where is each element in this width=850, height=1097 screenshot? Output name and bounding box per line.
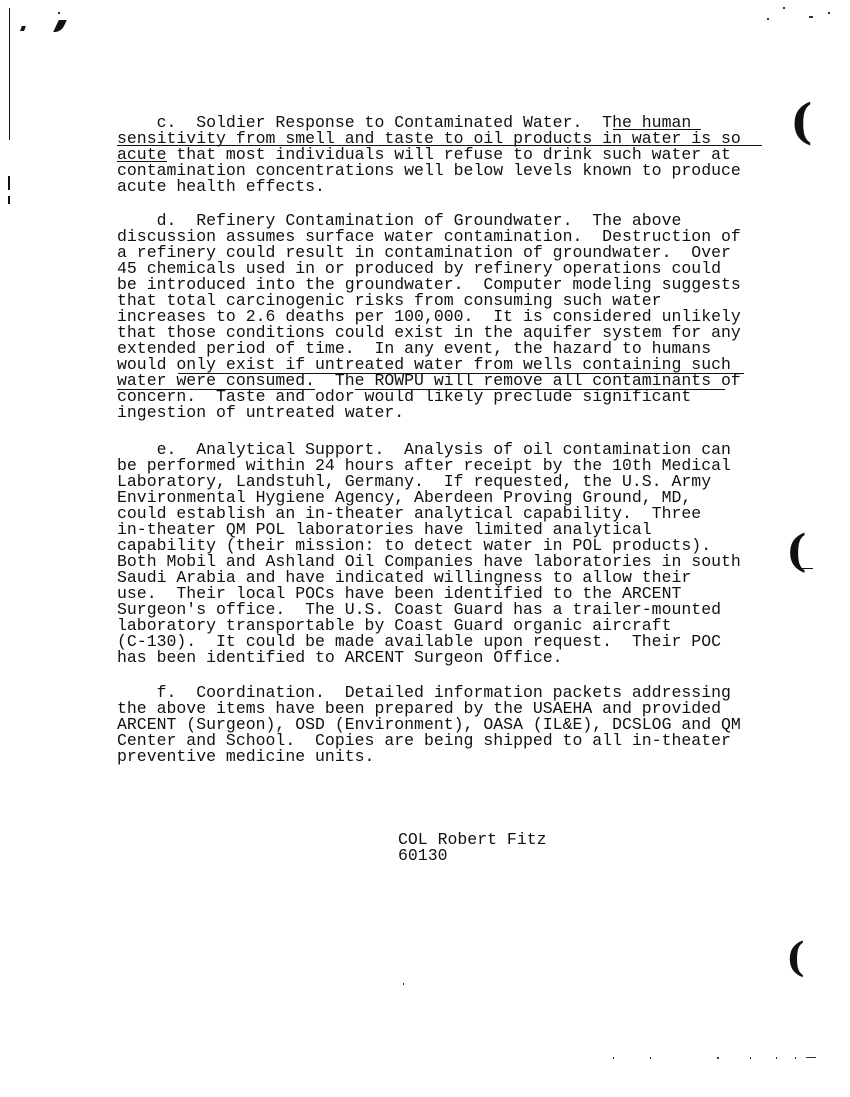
scan-speck [650, 1057, 651, 1059]
text-line: acute health effects. [117, 179, 325, 195]
scan-speck [717, 1057, 719, 1059]
scan-speck [767, 18, 769, 20]
scan-artifact [20, 26, 26, 31]
handwritten-underline [117, 145, 762, 146]
scan-speck [750, 1057, 751, 1059]
signature-phone: 60130 [398, 848, 448, 864]
text-line: preventive medicine units. [117, 749, 374, 765]
handwritten-underline [178, 373, 744, 374]
hole-punch-mark [801, 568, 813, 569]
hole-punch-mark: ( [786, 938, 805, 978]
handwritten-underline [613, 129, 701, 130]
hole-punch-mark: ( [790, 98, 813, 146]
document-page: ( ( ( c. Soldier Response to Contaminate… [0, 0, 850, 1097]
scan-artifact [53, 20, 67, 32]
scan-speck [58, 12, 60, 14]
scan-margin-line [9, 8, 10, 140]
scan-speck [776, 1057, 777, 1059]
scan-speck [783, 7, 785, 9]
scan-speck [795, 1057, 796, 1059]
scan-speck [809, 16, 813, 18]
handwritten-underline [355, 389, 725, 390]
scan-margin-tick [8, 196, 10, 204]
text-line: has been identified to ARCENT Surgeon Of… [117, 650, 563, 666]
scan-speck [613, 1057, 614, 1059]
handwritten-underline [117, 161, 167, 162]
scan-speck [806, 1057, 816, 1058]
text-line: ingestion of untreated water. [117, 405, 404, 421]
scan-speck [403, 983, 404, 985]
scan-margin-tick [8, 176, 10, 190]
scan-speck [828, 12, 830, 14]
handwritten-underline [117, 389, 315, 390]
